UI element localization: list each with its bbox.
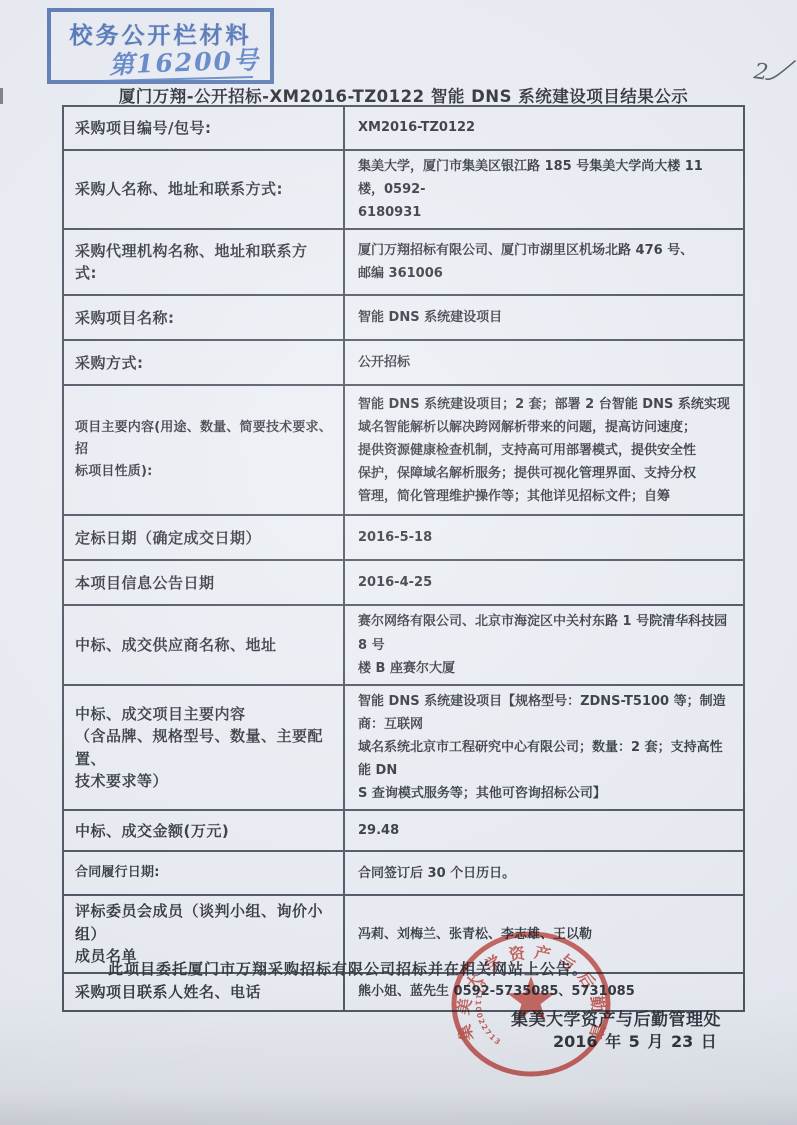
row-label: 中标、成交项目主要内容 （含品牌、规格型号、数量、主要配置、 技术要求等） bbox=[63, 685, 344, 811]
table-row: 中标、成交项目主要内容 （含品牌、规格型号、数量、主要配置、 技术要求等）智能 … bbox=[63, 685, 744, 811]
row-value: 2016-5-18 bbox=[344, 515, 744, 560]
signature-date: 2016 年 5 月 23 日 bbox=[553, 1029, 717, 1052]
table-row: 定标日期（确定成交日期）2016-5-18 bbox=[63, 515, 744, 560]
table-row: 采购人名称、地址和联系方式:集美大学，厦门市集美区银江路 185 号集美大学尚大… bbox=[63, 150, 744, 229]
row-label: 定标日期（确定成交日期） bbox=[63, 515, 344, 560]
row-value: 29.48 bbox=[344, 810, 744, 851]
row-label: 项目主要内容(用途、数量、简要技术要求、招 标项目性质): bbox=[63, 385, 344, 515]
row-value: 智能 DNS 系统建设项目；2 套；部署 2 台智能 DNS 系统实现 域名智能… bbox=[344, 385, 744, 515]
signature-department: 集美大学资产与后勤管理处 bbox=[511, 1005, 721, 1030]
table-row: 采购项目名称:智能 DNS 系统建设项目 bbox=[63, 295, 744, 340]
row-value: 集美大学，厦门市集美区银江路 185 号集美大学尚大楼 11 楼，0592- 6… bbox=[344, 150, 744, 229]
row-value: 公开招标 bbox=[344, 340, 744, 385]
row-label: 采购人名称、地址和联系方式: bbox=[63, 150, 344, 229]
row-label: 中标、成交供应商名称、地址 bbox=[63, 605, 344, 684]
row-value: 赛尔网络有限公司、北京市海淀区中关村东路 1 号院清华科技园 8 号 楼 B 座… bbox=[344, 605, 744, 684]
table-row: 采购代理机构名称、地址和联系方 式:厦门万翔招标有限公司、厦门市湖里区机场北路 … bbox=[63, 229, 744, 295]
row-label: 本项目信息公告日期 bbox=[63, 560, 344, 605]
row-value: 合同签订后 30 个日历日。 bbox=[344, 851, 744, 895]
row-label: 采购项目名称: bbox=[63, 295, 344, 340]
table-row: 项目主要内容(用途、数量、简要技术要求、招 标项目性质):智能 DNS 系统建设… bbox=[63, 385, 744, 515]
table-row: 采购方式:公开招标 bbox=[63, 340, 744, 385]
result-table: 采购项目编号/包号:XM2016-TZ0122采购人名称、地址和联系方式:集美大… bbox=[62, 105, 745, 1012]
row-label: 采购代理机构名称、地址和联系方 式: bbox=[63, 229, 344, 295]
footer-note: 此项目委托厦门市万翔采购招标有限公司招标并在相关网站上公告。 bbox=[108, 958, 588, 979]
result-table-body: 采购项目编号/包号:XM2016-TZ0122采购人名称、地址和联系方式:集美大… bbox=[63, 106, 744, 1011]
table-row: 合同履行日期:合同签订后 30 个日历日。 bbox=[63, 851, 744, 895]
table-row: 采购项目编号/包号:XM2016-TZ0122 bbox=[63, 106, 744, 150]
scan-edge-artifact bbox=[0, 88, 3, 104]
row-label: 合同履行日期: bbox=[63, 851, 344, 895]
row-label: 采购项目编号/包号: bbox=[63, 106, 344, 150]
document-page: 校务公开栏材料 第16200号 2 厦门万翔-公开招标-XM2016-TZ012… bbox=[0, 0, 797, 1125]
row-value: 智能 DNS 系统建设项目 bbox=[344, 295, 744, 340]
row-value: 智能 DNS 系统建设项目【规格型号：ZDNS-T5100 等；制造商：互联网 … bbox=[344, 685, 744, 811]
row-value: 2016-4-25 bbox=[344, 560, 744, 605]
page-title: 厦门万翔-公开招标-XM2016-TZ0122 智能 DNS 系统建设项目结果公… bbox=[62, 83, 745, 107]
table-row: 中标、成交供应商名称、地址赛尔网络有限公司、北京市海淀区中关村东路 1 号院清华… bbox=[63, 605, 744, 684]
row-label: 中标、成交金额(万元) bbox=[63, 810, 344, 851]
row-value: XM2016-TZ0122 bbox=[344, 106, 744, 150]
table-row: 中标、成交金额(万元)29.48 bbox=[63, 810, 744, 851]
row-label: 采购方式: bbox=[63, 340, 344, 385]
row-value: 厦门万翔招标有限公司、厦门市湖里区机场北路 476 号、 邮编 361006 bbox=[344, 229, 744, 295]
archive-stamp: 校务公开栏材料 第16200号 bbox=[47, 8, 274, 84]
handwritten-page-number: 2 bbox=[748, 48, 797, 94]
table-row: 本项目信息公告日期2016-4-25 bbox=[63, 560, 744, 605]
